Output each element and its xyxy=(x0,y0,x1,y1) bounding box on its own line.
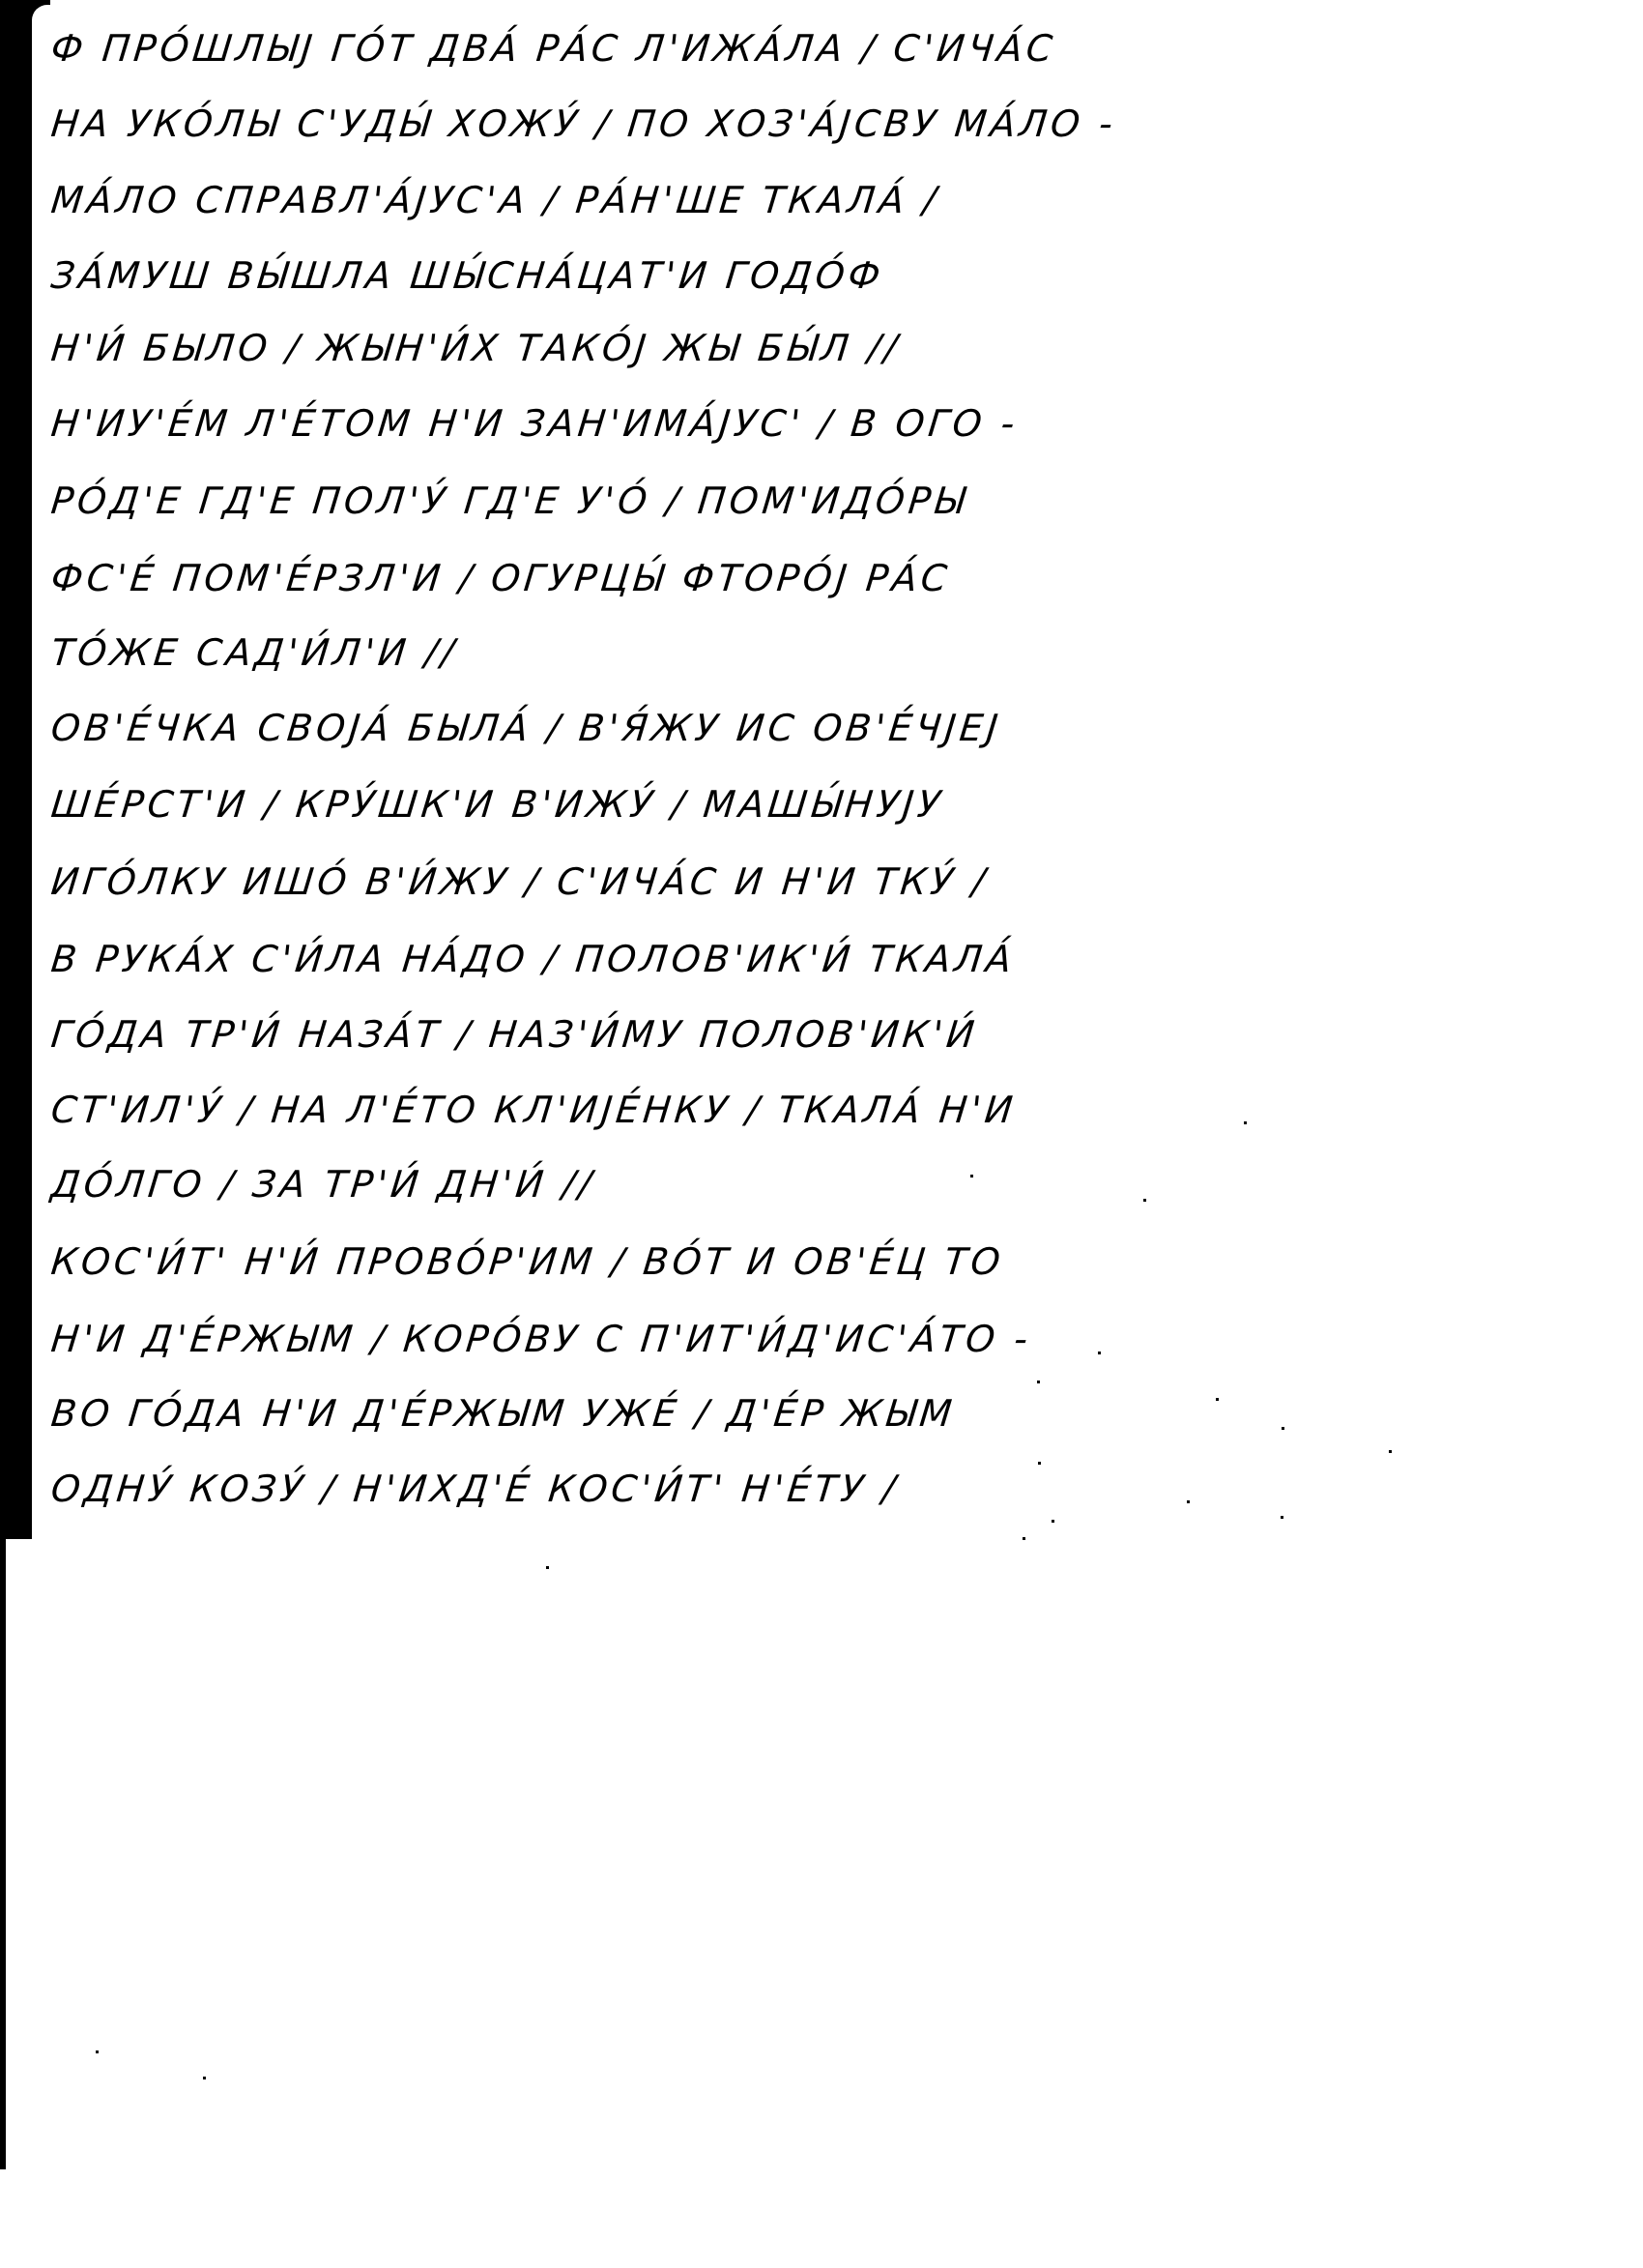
scan-speck xyxy=(1038,1462,1041,1465)
scan-speck xyxy=(1143,1199,1146,1202)
scan-speck xyxy=(1244,1121,1247,1124)
text-line: го́да тр'и́ наза́т / наз'и́му полов'ик'и… xyxy=(48,1005,981,1063)
scan-speck xyxy=(546,1566,549,1569)
scan-speck xyxy=(970,1175,973,1178)
text-line: н'и́ было / жын'и́х тако́ј жы бы́л // xyxy=(48,319,904,377)
text-line: на уко́лы с'уды́ хожу́ / по хоз'а́јсву м… xyxy=(48,95,1119,153)
scan-speck xyxy=(1052,1520,1054,1523)
text-line: одну́ козу́ / н'ихд'е́ кос'и́т' н'е́ту / xyxy=(48,1460,902,1518)
text-line: до́лго / за тр'и́ дн'и́ // xyxy=(48,1155,598,1213)
text-line: ов'е́чка своја́ была́ / в'я́жу ис ов'е́ч… xyxy=(48,699,1004,757)
text-line: во го́да н'и д'е́ржым уже́ / д'е́р жым xyxy=(48,1384,959,1442)
scan-speck xyxy=(1281,1516,1283,1519)
scan-speck xyxy=(1098,1352,1101,1354)
scan-speck xyxy=(1216,1398,1219,1401)
scan-speck xyxy=(1037,1381,1040,1383)
text-line: н'иу'е́м л'е́том н'и зан'има́јус' / в ог… xyxy=(48,394,1022,452)
text-line: ро́д'е гд'е пол'у́ гд'е у'о́ / пом'идо́р… xyxy=(48,472,971,530)
scan-speck xyxy=(1187,1500,1190,1503)
text-line: ма́ло справл'а́јус'а / ра́н'ше ткала́ / xyxy=(48,171,942,229)
text-line: кос'и́т' н'и́ прово́р'им / во́т и ов'е́ц… xyxy=(48,1233,1007,1291)
scan-border-left xyxy=(0,0,32,1539)
scan-speck xyxy=(1282,1427,1284,1430)
text-line: то́же сад'и́л'и // xyxy=(48,624,461,682)
scan-speck xyxy=(1389,1450,1392,1453)
text-line: ст'ил'у́ / на л'е́то кл'иjе́нку / ткала́… xyxy=(48,1081,1020,1139)
scan-border-left-thin xyxy=(0,1539,6,2169)
scan-speck xyxy=(1023,1537,1025,1540)
scan-speck xyxy=(203,2077,206,2079)
text-line: за́муш вы́шла шы́сна́цат'и годо́ф xyxy=(48,247,887,305)
text-line: ф про́шлыј го́т два́ ра́с л'ижа́ла / с'и… xyxy=(48,19,1059,77)
scan-border-corner xyxy=(27,0,50,23)
text-line: ше́рст'и / кру́шк'и в'ижу́ / машы́нују xyxy=(48,775,947,833)
text-line: в рука́х с'и́ла на́до / полов'ик'и́ ткал… xyxy=(48,930,1018,988)
scan-speck xyxy=(96,2050,99,2053)
text-line: фс'е́ пом'е́рзл'и / огурцы́ фторо́ј ра́с xyxy=(48,549,954,607)
text-line: иго́лку ишо́ в'и́жу / с'ича́с и н'и тку́… xyxy=(48,853,992,911)
text-line: н'и д'е́ржым / коро́ву с п'ит'и́д'ис'а́т… xyxy=(48,1310,1034,1368)
